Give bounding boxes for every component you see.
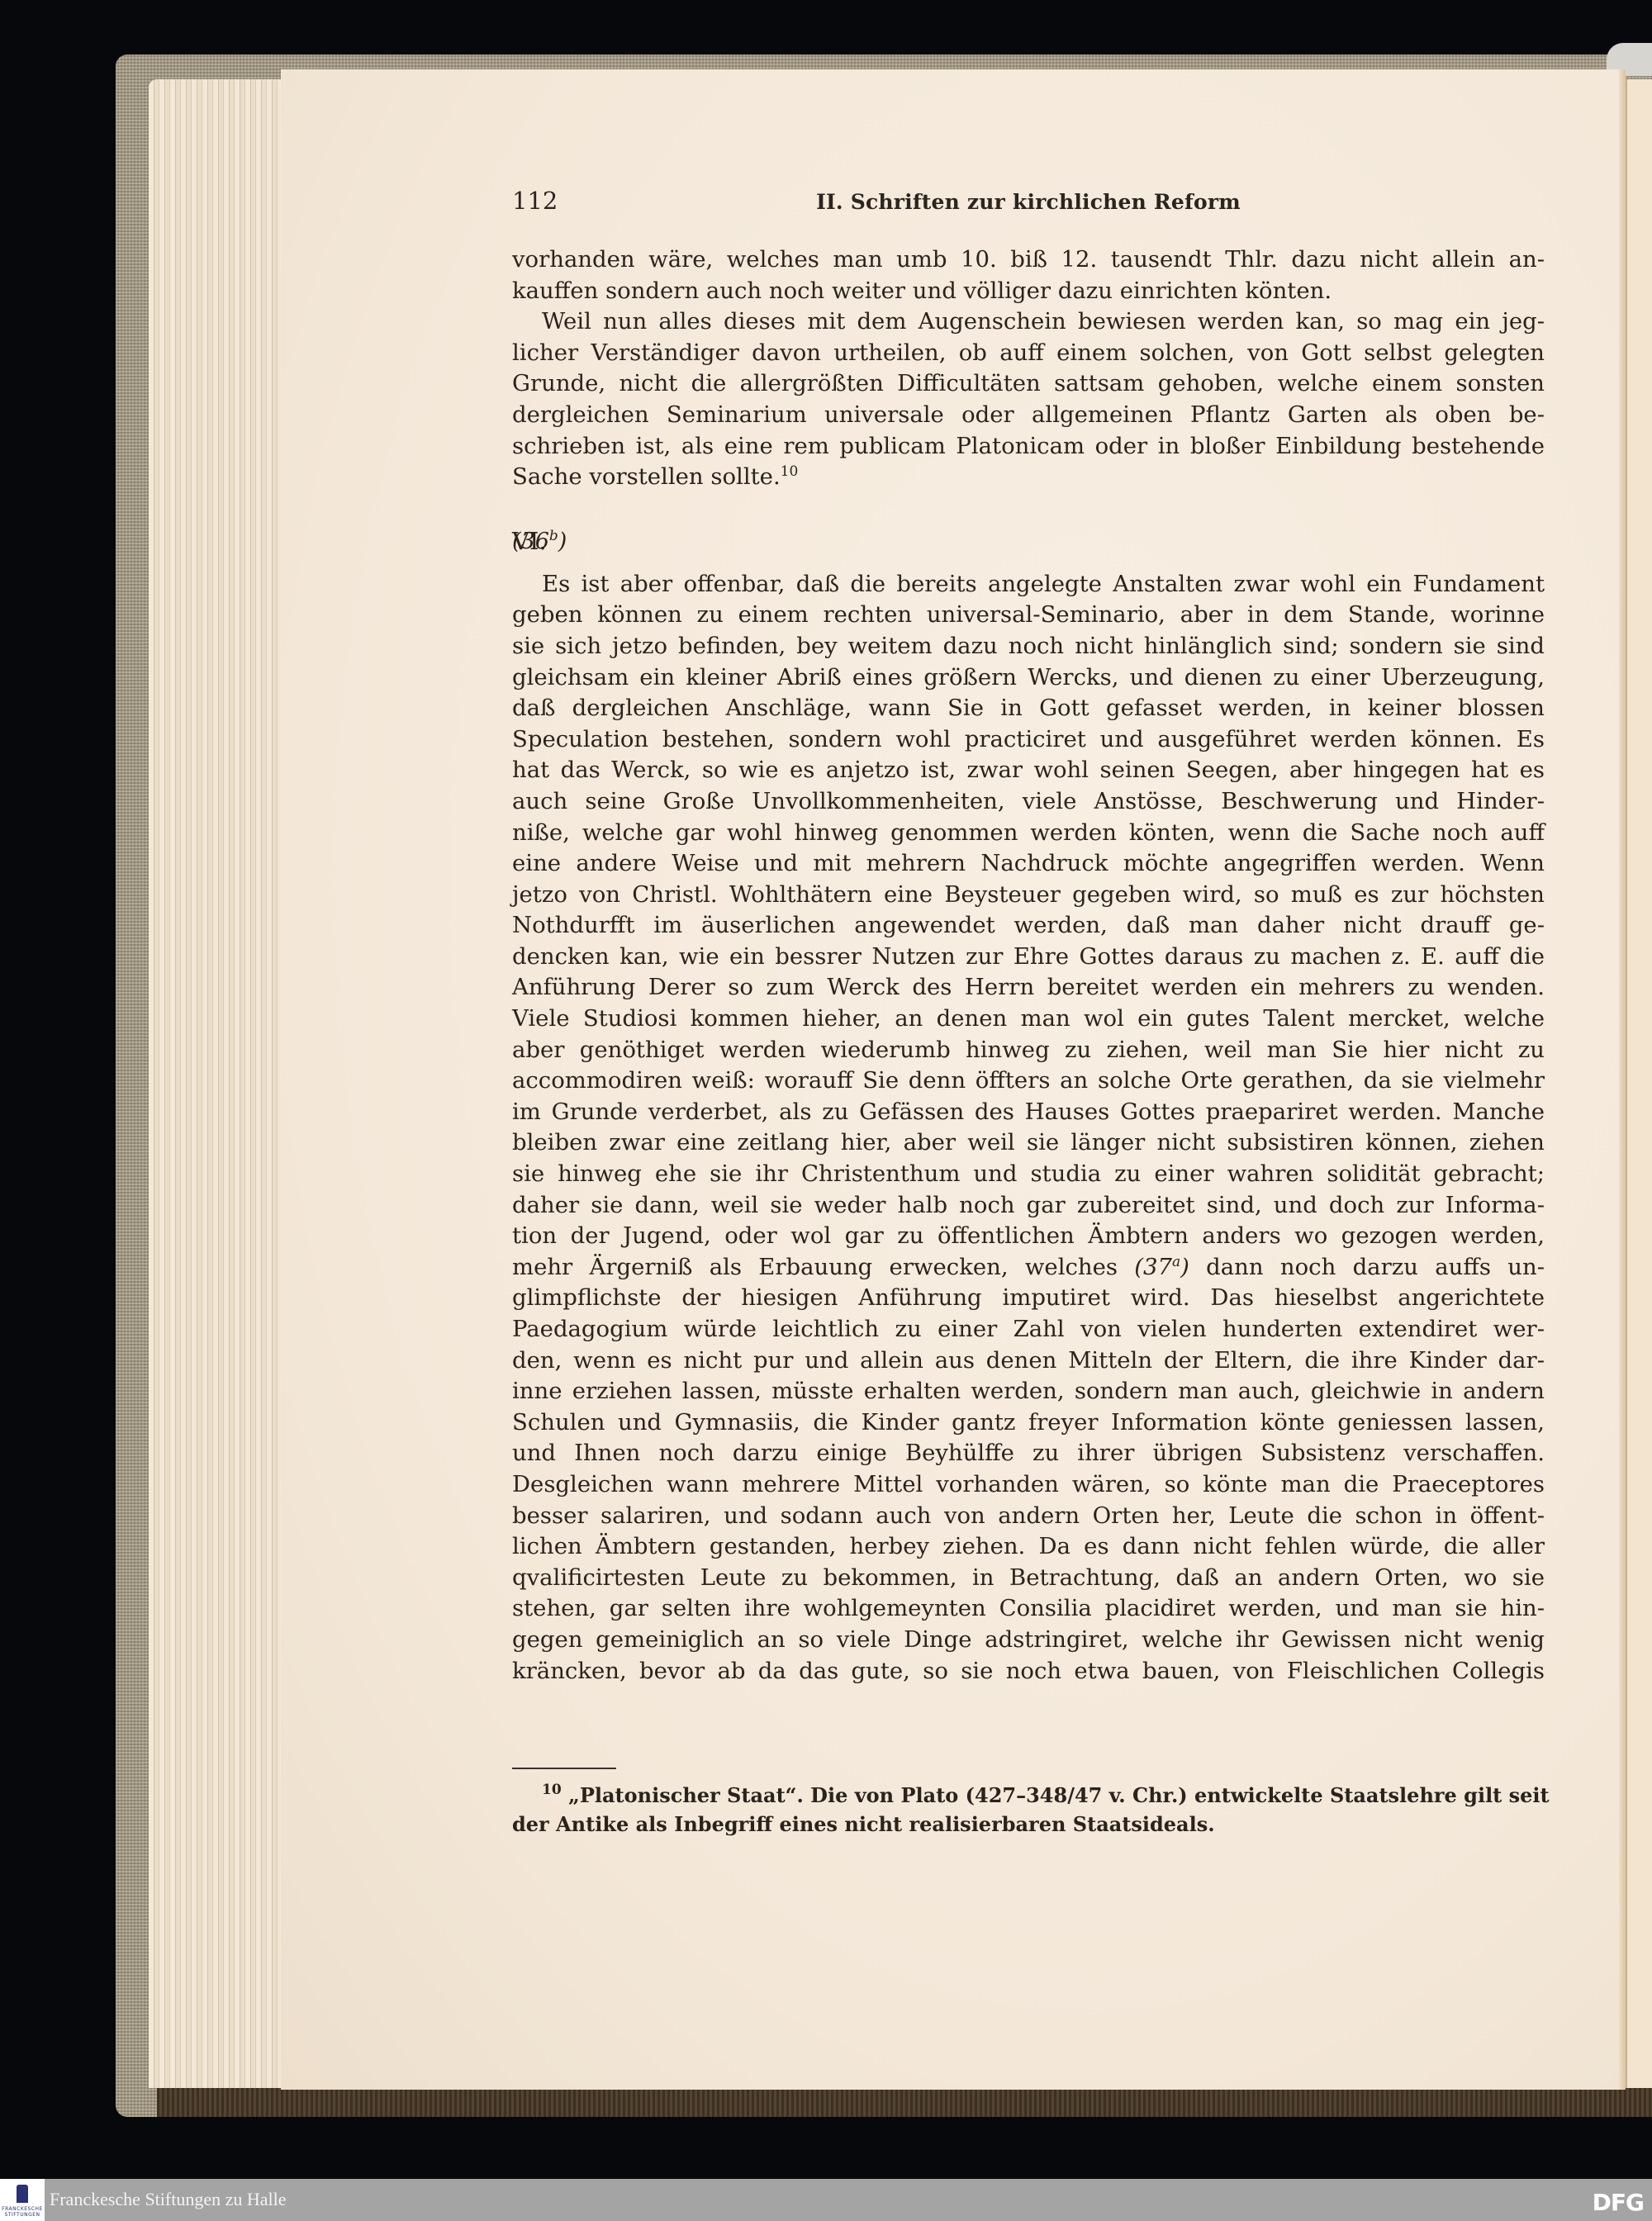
- footnote-text: „Platonischer Staat“. Die von Plato (427…: [562, 1783, 1550, 1807]
- ref-close: ): [1180, 1254, 1189, 1280]
- running-title: II. Schriften zur kirchlichen Reform: [512, 190, 1545, 214]
- running-head: 112 II. Schriften zur kirchlichen Reform: [512, 187, 1545, 220]
- text-line: accommodiren weiß: worauff Sie denn öfft…: [512, 1065, 1545, 1097]
- text-line: Es ist aber offenbar, daß die bereits an…: [512, 569, 1545, 600]
- text-line-with-footnote: Sache vorstellen sollte.10: [512, 462, 1545, 493]
- paragraph-1: vorhanden wäre, welches man umb 10. biß …: [512, 244, 1545, 306]
- text-line: licher Verständiger davon urtheilen, ob …: [512, 338, 1545, 369]
- text-line: schrieben ist, als eine rem publicam Pla…: [512, 431, 1545, 463]
- text-line: glimpflichste der hiesigen Anführung imp…: [512, 1283, 1545, 1314]
- footnote-number: 10: [542, 1782, 562, 1798]
- text-line: hat das Werck, so wie es anjetzo ist, zw…: [512, 755, 1545, 786]
- text-line: stehen, gar selten ihre wohlgemeynten Co…: [512, 1593, 1545, 1625]
- footnote-line: 10 „Platonischer Staat“. Die von Plato (…: [512, 1781, 1545, 1810]
- text-line: daher sie dann, weil sie weder halb noch…: [512, 1190, 1545, 1222]
- institution-emblem-icon: [17, 2185, 28, 2203]
- footnote-line: der Antike als Inbegriff eines nicht rea…: [512, 1810, 1545, 1839]
- paragraph-2: Weil nun alles dieses mit dem Augenschei…: [512, 306, 1545, 493]
- footnote-ref[interactable]: 10: [781, 463, 799, 480]
- book-cover-bottom-edge: [157, 2086, 1652, 2117]
- text-line: sie sich jetzo befinden, bey weitem dazu…: [512, 631, 1545, 662]
- ref-text: (37: [1134, 1254, 1172, 1280]
- text-line: Paedagogium würde leichtlich zu einer Za…: [512, 1314, 1545, 1345]
- text-line: den, wenn es nicht pur und allein aus de…: [512, 1345, 1545, 1377]
- institution-label[interactable]: Franckesche Stiftungen zu Halle: [50, 2189, 287, 2210]
- footnote-separator: [512, 1768, 616, 1769]
- institution-logo[interactable]: FRANCKESCHESTIFTUNGEN: [0, 2179, 45, 2221]
- text-line: bleiben zwar eine zeitlang hier, aber we…: [512, 1127, 1545, 1159]
- text-line: und Ihnen noch darzu einige Beyhülffe zu…: [512, 1438, 1545, 1469]
- text-line: kauffen sondern auch noch weiter und völ…: [512, 276, 1545, 307]
- page-block-edges: [149, 79, 285, 2088]
- text-segment: dann noch darzu auffs un-: [1189, 1254, 1545, 1280]
- logo-caption-line: FRANCKESCHE: [2, 2206, 43, 2212]
- text-line: Desgleichen wann mehrere Mittel vorhande…: [512, 1469, 1545, 1501]
- logo-caption-line: STIFTUNGEN: [4, 2212, 40, 2218]
- text-line: besser salariren, und sodann auch von an…: [512, 1501, 1545, 1532]
- text-line: tion der Jugend, oder wol gar zu öffentl…: [512, 1221, 1545, 1252]
- text-line: auch seine Große Unvollkommenheiten, vie…: [512, 786, 1545, 818]
- text-line: daß dergleichen Anschläge, wann Sie in G…: [512, 693, 1545, 724]
- section-header: (36b) VI.: [512, 523, 1545, 569]
- dfg-logo[interactable]: DFG: [1593, 2189, 1644, 2216]
- facing-page-sliver: [1626, 79, 1652, 2088]
- section-heading: VI.: [512, 526, 1545, 558]
- main-text: vorhanden wäre, welches man umb 10. biß …: [512, 244, 1545, 1687]
- text-line: vorhanden wäre, welches man umb 10. biß …: [512, 244, 1545, 276]
- text-line: Anführung Derer so zum Werck des Herrn b…: [512, 972, 1545, 1004]
- text-line: eine andere Weise und mit mehrern Nachdr…: [512, 848, 1545, 880]
- original-page-ref-inline: (37a): [1134, 1254, 1189, 1280]
- page-gutter: [1619, 69, 1626, 2090]
- text-line: lichen Ämbtern gestanden, herbey ziehen.…: [512, 1531, 1545, 1563]
- text-line: niße, welche gar wohl hinweg genommen we…: [512, 818, 1545, 849]
- text-segment: Sache vorstellen sollte.: [512, 463, 781, 490]
- text-line: qvalificirtesten Leute zu bekommen, in B…: [512, 1563, 1545, 1594]
- logo-caption: FRANCKESCHESTIFTUNGEN: [1, 2206, 44, 2218]
- text-line: aber genöthiget werden wiederumb hinweg …: [512, 1035, 1545, 1066]
- text-line: Nothdurfft im äuserlichen angewendet wer…: [512, 910, 1545, 942]
- text-line: dergleichen Seminarium universale oder a…: [512, 400, 1545, 431]
- paragraph-3: Es ist aber offenbar, daß die bereits an…: [512, 569, 1545, 1687]
- text-line-with-page-ref: mehr Ärgerniß als Erbauung erwecken, wel…: [512, 1252, 1545, 1284]
- text-line: im Grunde verderbet, als zu Gefässen des…: [512, 1097, 1545, 1128]
- text-line: gleichsam ein kleiner Abriß eines größer…: [512, 662, 1545, 694]
- text-line: Schulen und Gymnasiis, die Kinder gantz …: [512, 1407, 1545, 1439]
- ref-sup: a: [1172, 1254, 1180, 1270]
- text-line: Speculation bestehen, sondern wohl pract…: [512, 724, 1545, 756]
- text-line: sie hinweg ehe sie ihr Christenthum und …: [512, 1159, 1545, 1190]
- text-line: jetzo von Christl. Wohlthätern eine Beys…: [512, 880, 1545, 911]
- text-line: geben können zu einem rechten universal-…: [512, 600, 1545, 631]
- text-line: kräncken, bevor ab da das gute, so sie n…: [512, 1656, 1545, 1687]
- text-line: gegen gemeiniglich an so viele Dinge ads…: [512, 1625, 1545, 1656]
- text-line: Weil nun alles dieses mit dem Augenschei…: [512, 306, 1545, 338]
- text-line: Viele Studiosi kommen hieher, an denen m…: [512, 1004, 1545, 1035]
- text-segment: mehr Ärgerniß als Erbauung erwecken, wel…: [512, 1254, 1134, 1280]
- footnotes: 10 „Platonischer Staat“. Die von Plato (…: [512, 1781, 1545, 1839]
- text-line: inne erziehen lassen, müsste erhalten we…: [512, 1376, 1545, 1407]
- text-line: Grunde, nicht die allergrößten Difficult…: [512, 368, 1545, 400]
- text-line: dencken kan, wie ein bessrer Nutzen zur …: [512, 942, 1545, 973]
- viewer-footer-bar: FRANCKESCHESTIFTUNGEN Franckesche Stiftu…: [0, 2179, 1652, 2221]
